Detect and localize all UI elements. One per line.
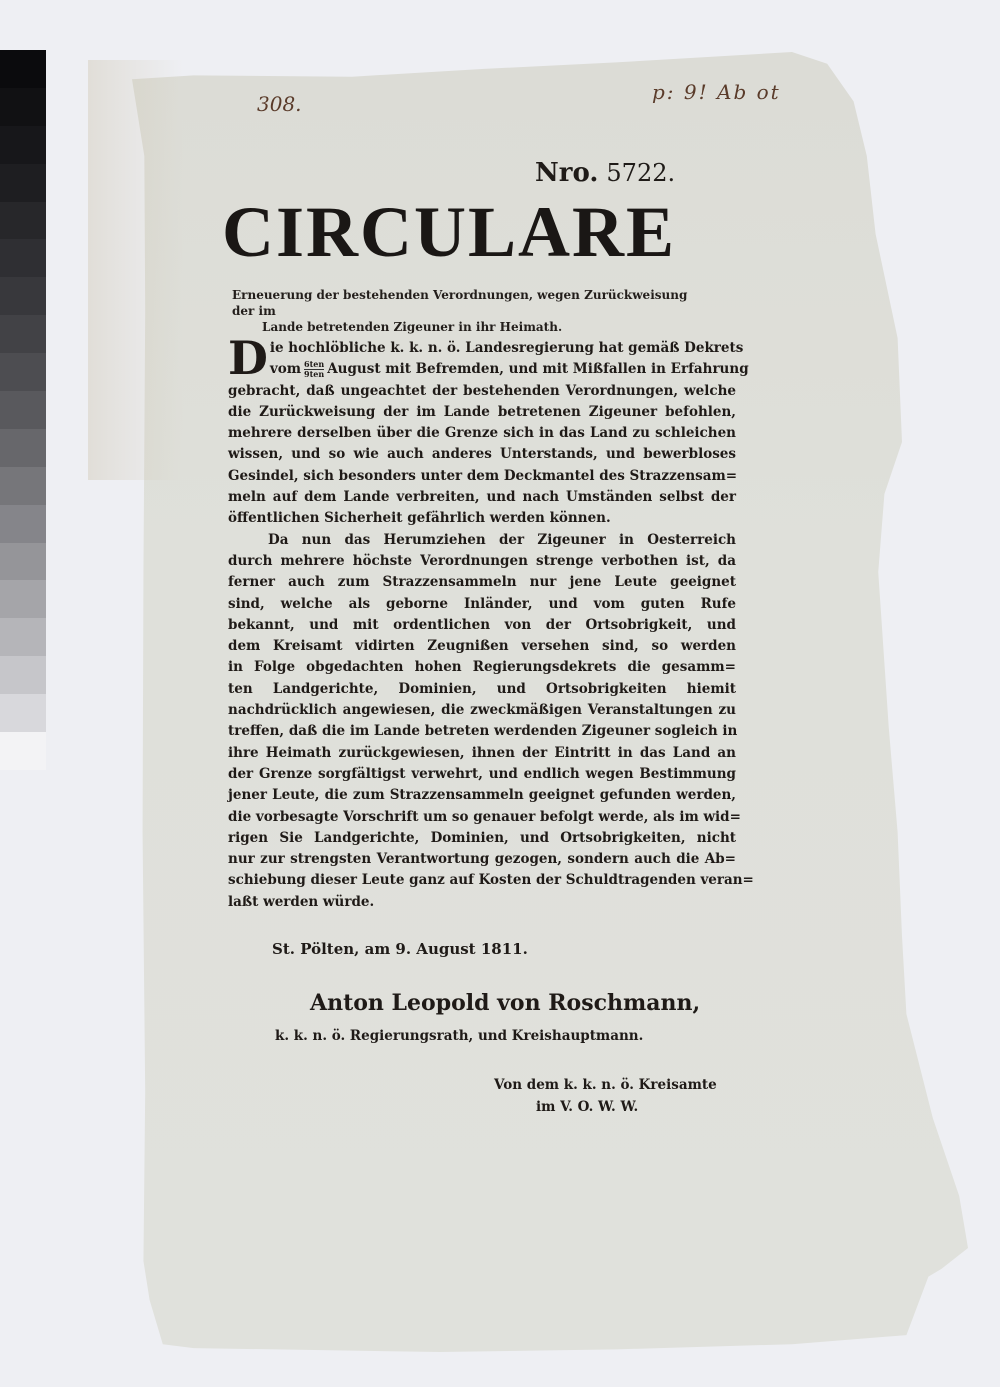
gray-patch (0, 618, 46, 656)
gray-patch (0, 315, 46, 353)
gray-patch (0, 88, 46, 126)
body-line: schiebung dieser Leute ganz auf Kosten d… (228, 870, 736, 891)
gray-patch (0, 164, 46, 202)
body-line: in Folge obgedachten hohen Regierungsdek… (228, 657, 736, 678)
gray-patch (0, 239, 46, 277)
gray-patch (0, 580, 46, 618)
handwritten-annotation-right: p: 9! Ab ot (652, 80, 781, 104)
body-line: wissen, und so wie auch anderes Untersta… (228, 444, 736, 465)
gray-patch (0, 543, 46, 581)
issuing-office: Von dem k. k. n. ö. Kreisamte im V. O. W… (494, 1074, 734, 1118)
gray-patch (0, 50, 46, 88)
body-line: nachdrücklich angewiesen, die zweckmäßig… (228, 700, 736, 721)
subtitle-line-1: Erneuerung der bestehenden Verordnungen,… (232, 288, 687, 318)
body-line: Da nun das Herumziehen der Zigeuner in O… (228, 530, 736, 551)
body-text: vom (270, 361, 301, 377)
circular-number: Nro.5722. (535, 158, 675, 188)
issuer-line-2: im V. O. W. W. (494, 1096, 734, 1118)
place-date-line: St. Pölten, am 9. August 1811. (272, 940, 528, 958)
gray-patch (0, 202, 46, 240)
signer-title: k. k. n. ö. Regierungsrath, und Kreishau… (275, 1028, 643, 1044)
body-line: die Zurückweisung der im Lande betretene… (228, 402, 736, 423)
gray-patch (0, 505, 46, 543)
gray-patch (0, 126, 46, 164)
gray-patch (0, 656, 46, 694)
body-line: laßt werden würde. (228, 892, 736, 913)
body-line: ten Landgerichte, Dominien, und Ortsobri… (228, 679, 736, 700)
body-line: rigen Sie Landgerichte, Dominien, und Or… (228, 828, 736, 849)
body-line: ihre Heimath zurückgewiesen, ihnen der E… (228, 743, 736, 764)
body-line: vom6ten9tenAugust mit Befremden, und mit… (228, 359, 736, 380)
subtitle-line-2: Lande betretenden Zigeuner in ihr Heimat… (232, 319, 712, 335)
body-line: öffentlichen Sicherheit gefährlich werde… (228, 508, 736, 529)
body-line: sind, welche als geborne Inländer, und v… (228, 594, 736, 615)
number-prefix: Nro. (535, 158, 598, 188)
issuer-line-1: Von dem k. k. n. ö. Kreisamte (494, 1077, 717, 1093)
number-value: 5722. (606, 159, 675, 187)
body-line: mehrere derselben über die Grenze sich i… (228, 423, 736, 444)
body-line: die vorbesagte Vorschrift um so genauer … (228, 807, 736, 828)
document-title: CIRCULARE (222, 196, 722, 268)
body-text: August mit Befremden, und mit Mißfallen … (327, 361, 748, 377)
drop-cap: D (228, 338, 268, 378)
document-subtitle: Erneuerung der bestehenden Verordnungen,… (232, 287, 712, 335)
gray-patch (0, 277, 46, 315)
body-line: der Grenze sorgfältigst verwehrt, und en… (228, 764, 736, 785)
gray-patch (0, 467, 46, 505)
body-line: ie hochlöbliche k. k. n. ö. Landesregier… (228, 338, 736, 359)
gray-patch (0, 353, 46, 391)
gray-patch (0, 391, 46, 429)
handwritten-annotation-left: 308. (257, 92, 302, 116)
body-line: gebracht, daß ungeachtet der bestehenden… (228, 381, 736, 402)
gray-patch (0, 429, 46, 467)
body-line: treffen, daß die im Lande betreten werde… (228, 721, 736, 742)
document-body: D ie hochlöbliche k. k. n. ö. Landesregi… (228, 338, 736, 913)
body-line: nur zur strengsten Verantwortung gezogen… (228, 849, 736, 870)
body-line: dem Kreisamt vidirten Zeugnißen versehen… (228, 636, 736, 657)
body-line: ferner auch zum Strazzensammeln nur jene… (228, 572, 736, 593)
gray-patch (0, 732, 46, 770)
body-line: durch mehrere höchste Verordnungen stren… (228, 551, 736, 572)
body-line: meln auf dem Lande verbreiten, und nach … (228, 487, 736, 508)
date-fraction: 6ten9ten (304, 360, 324, 379)
body-line: Gesindel, sich besonders unter dem Deckm… (228, 466, 736, 487)
signer-name: Anton Leopold von Roschmann, (310, 990, 700, 1016)
body-line: bekannt, und mit ordentlichen von der Or… (228, 615, 736, 636)
fraction-bottom: 9ten (304, 370, 324, 379)
grayscale-calibration-strip (0, 50, 46, 770)
gray-patch (0, 694, 46, 732)
body-line: jener Leute, die zum Strazzensammeln gee… (228, 785, 736, 806)
